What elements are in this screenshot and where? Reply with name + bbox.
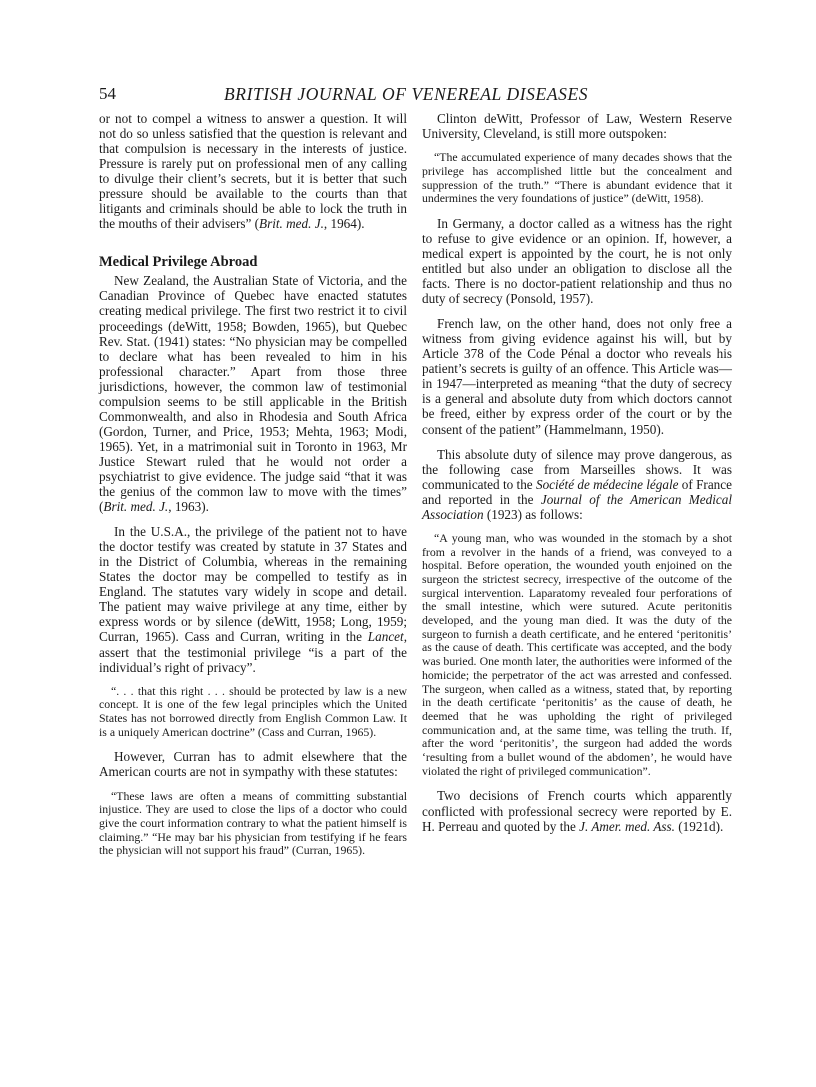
- section-heading: Medical Privilege Abroad: [99, 253, 407, 271]
- paragraph: Two decisions of French courts which app…: [422, 788, 732, 833]
- paragraph: However, Curran has to admit elsewhere t…: [99, 749, 407, 779]
- block-quote: “The accumulated experience of many deca…: [422, 151, 732, 206]
- citation: Brit. med. J.: [103, 499, 168, 514]
- journal-title: BRITISH JOURNAL OF VENEREAL DISEASES: [224, 83, 588, 105]
- left-column: or not to compel a witness to answer a q…: [99, 111, 407, 858]
- paragraph: This absolute duty of silence may prove …: [422, 447, 732, 522]
- paragraph: In the U.S.A., the privilege of the pati…: [99, 524, 407, 674]
- block-quote: “A young man, who was wounded in the sto…: [422, 532, 732, 779]
- right-column: Clinton deWitt, Professor of Law, Wester…: [422, 111, 732, 834]
- paragraph: In Germany, a doctor called as a witness…: [422, 216, 732, 306]
- paragraph: French law, on the other hand, does not …: [422, 316, 732, 436]
- page-number: 54: [99, 83, 116, 105]
- citation: Brit. med. J.: [259, 216, 324, 231]
- page-header: 54 BRITISH JOURNAL OF VENEREAL DISEASES: [99, 83, 729, 109]
- paragraph: or not to compel a witness to answer a q…: [99, 111, 407, 231]
- citation: Lancet: [368, 629, 404, 644]
- paragraph: Clinton deWitt, Professor of Law, Wester…: [422, 111, 732, 141]
- citation: Société de médecine légale: [536, 477, 679, 492]
- citation: J. Amer. med. Ass.: [579, 819, 675, 834]
- block-quote: “. . . that this right . . . should be p…: [99, 685, 407, 740]
- paragraph: New Zealand, the Australian State of Vic…: [99, 273, 407, 514]
- block-quote: “These laws are often a means of committ…: [99, 790, 407, 859]
